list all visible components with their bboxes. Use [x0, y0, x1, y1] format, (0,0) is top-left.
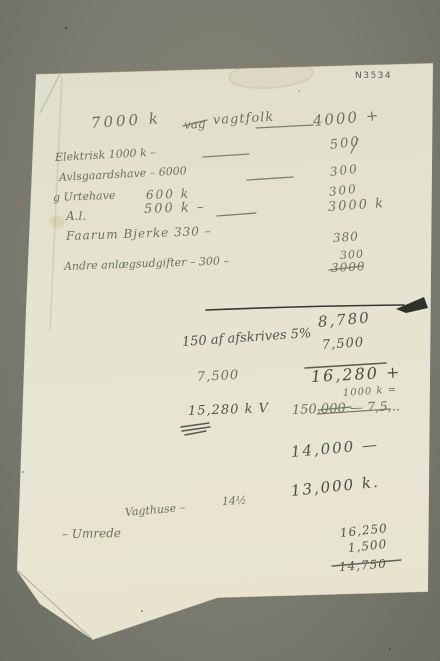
catalog-number: N3534 [355, 71, 392, 81]
calc-depreciation-value: 7,500 [322, 336, 365, 352]
ledger-row-amount: 300 [328, 183, 358, 198]
calc-value-14half: 14½ [222, 495, 247, 507]
ledger-row-item: g Urtehave [53, 190, 116, 203]
ledger-row-detail: vagtfolk [213, 111, 275, 127]
orange-fleck [17, 201, 21, 205]
photograph-of-handwritten-note: N3534 7000 k vag vagtfolk 4000 + 500 Ele… [0, 0, 440, 661]
calc-line-150000: 150,000 — 7,5,.. [292, 400, 400, 417]
ledger-row-item: A.l. [66, 210, 86, 222]
ledger-row-amount: 380 [333, 230, 360, 244]
ledger-row-quantity: 500 k – [144, 201, 206, 216]
ledger-row-amount: 3000 k [328, 197, 386, 214]
calc-result-15280: 15,280 k V [188, 402, 269, 418]
ledger-row-amount: 300 [329, 163, 359, 178]
ledger-row-amount: 500 [329, 135, 361, 152]
ledger-row-cancelled-word: vag [184, 118, 206, 131]
ledger-row-cancelled-amount: 3000 [331, 260, 366, 274]
label-umrede: – Umrede [62, 527, 121, 540]
calc-left-7500: 7,500 [197, 369, 240, 384]
calc-subtotal: 8,780 [317, 310, 371, 330]
ledger-row-quantity: 600 k [146, 187, 190, 201]
sum-total: 14,750 [339, 558, 388, 573]
calc-total-16280: 16,280 + [311, 364, 402, 385]
